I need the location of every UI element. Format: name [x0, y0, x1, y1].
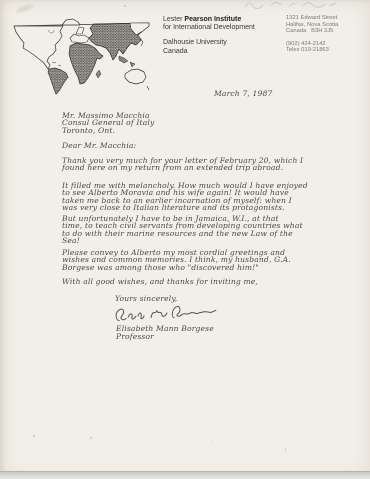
bottom-scan-edge [0, 471, 370, 479]
letter-date: March 7, 1987 [214, 90, 272, 97]
country-label: Canada [163, 48, 255, 56]
map-madagascar [96, 70, 101, 78]
map-south-america [48, 68, 68, 94]
world-map-logo [10, 12, 152, 98]
paragraph-3: But unfortunately I have to be in Jamaic… [62, 215, 322, 244]
telex-number: Telex 019-21863 [286, 47, 338, 54]
pencil-annotation [243, 0, 339, 9]
body-line: was very close to Italian literature and… [62, 204, 322, 211]
scan-speck [212, 441, 213, 442]
body-line: Sea! [62, 237, 322, 244]
institute-tagline: for International Development [163, 24, 255, 32]
map-scandinavia [76, 27, 84, 34]
university-name: Dalhousie University [163, 39, 255, 47]
letterhead-address-block: 1321 Edward Street Halifax, Nova Scotia … [286, 15, 338, 54]
salutation: Dear Mr. Macchia: [62, 142, 136, 149]
letterhead-institute-block: Lester Pearson Institute for Internation… [163, 16, 255, 56]
map-new-guinea [130, 62, 135, 67]
map-new-zealand [147, 86, 149, 90]
recipient-city: Toronto, Ont. [62, 127, 154, 134]
paragraph-4: Please convey to Alberto my most cordial… [62, 249, 322, 271]
closing-line: With all good wishes, and thanks for inv… [62, 278, 322, 285]
recipient-address: Mr. Massimo Macchia Consul General of It… [62, 112, 154, 134]
paragraph-2: It filled me with melancholy. How much w… [62, 182, 322, 211]
body-line: found here on my return from an extended… [62, 164, 322, 171]
scan-speck [124, 5, 126, 7]
body-line: With all good wishes, and thanks for inv… [62, 278, 322, 285]
paragraph-1: Thank you very much for your letter of F… [62, 157, 322, 172]
street-address: 1321 Edward Street [286, 15, 338, 22]
body-line: to do with their marine resources and th… [62, 230, 322, 237]
institute-name: Lester Pearson Institute [163, 16, 255, 24]
scan-speck [285, 448, 286, 451]
map-europe [70, 34, 89, 43]
map-australia [125, 69, 146, 84]
map-southeast-asia [119, 56, 128, 63]
scanned-letter-page: Lester Pearson Institute for Internation… [0, 0, 370, 479]
signature-title: Professor [116, 333, 154, 340]
scan-speck [33, 435, 35, 437]
map-greenland [62, 19, 80, 25]
body-line: Borgese was among those who "discovered … [62, 264, 322, 271]
scan-speck [90, 437, 92, 439]
postal-address: Canada B3H 3J5 [286, 28, 338, 35]
map-north-america [14, 26, 63, 69]
